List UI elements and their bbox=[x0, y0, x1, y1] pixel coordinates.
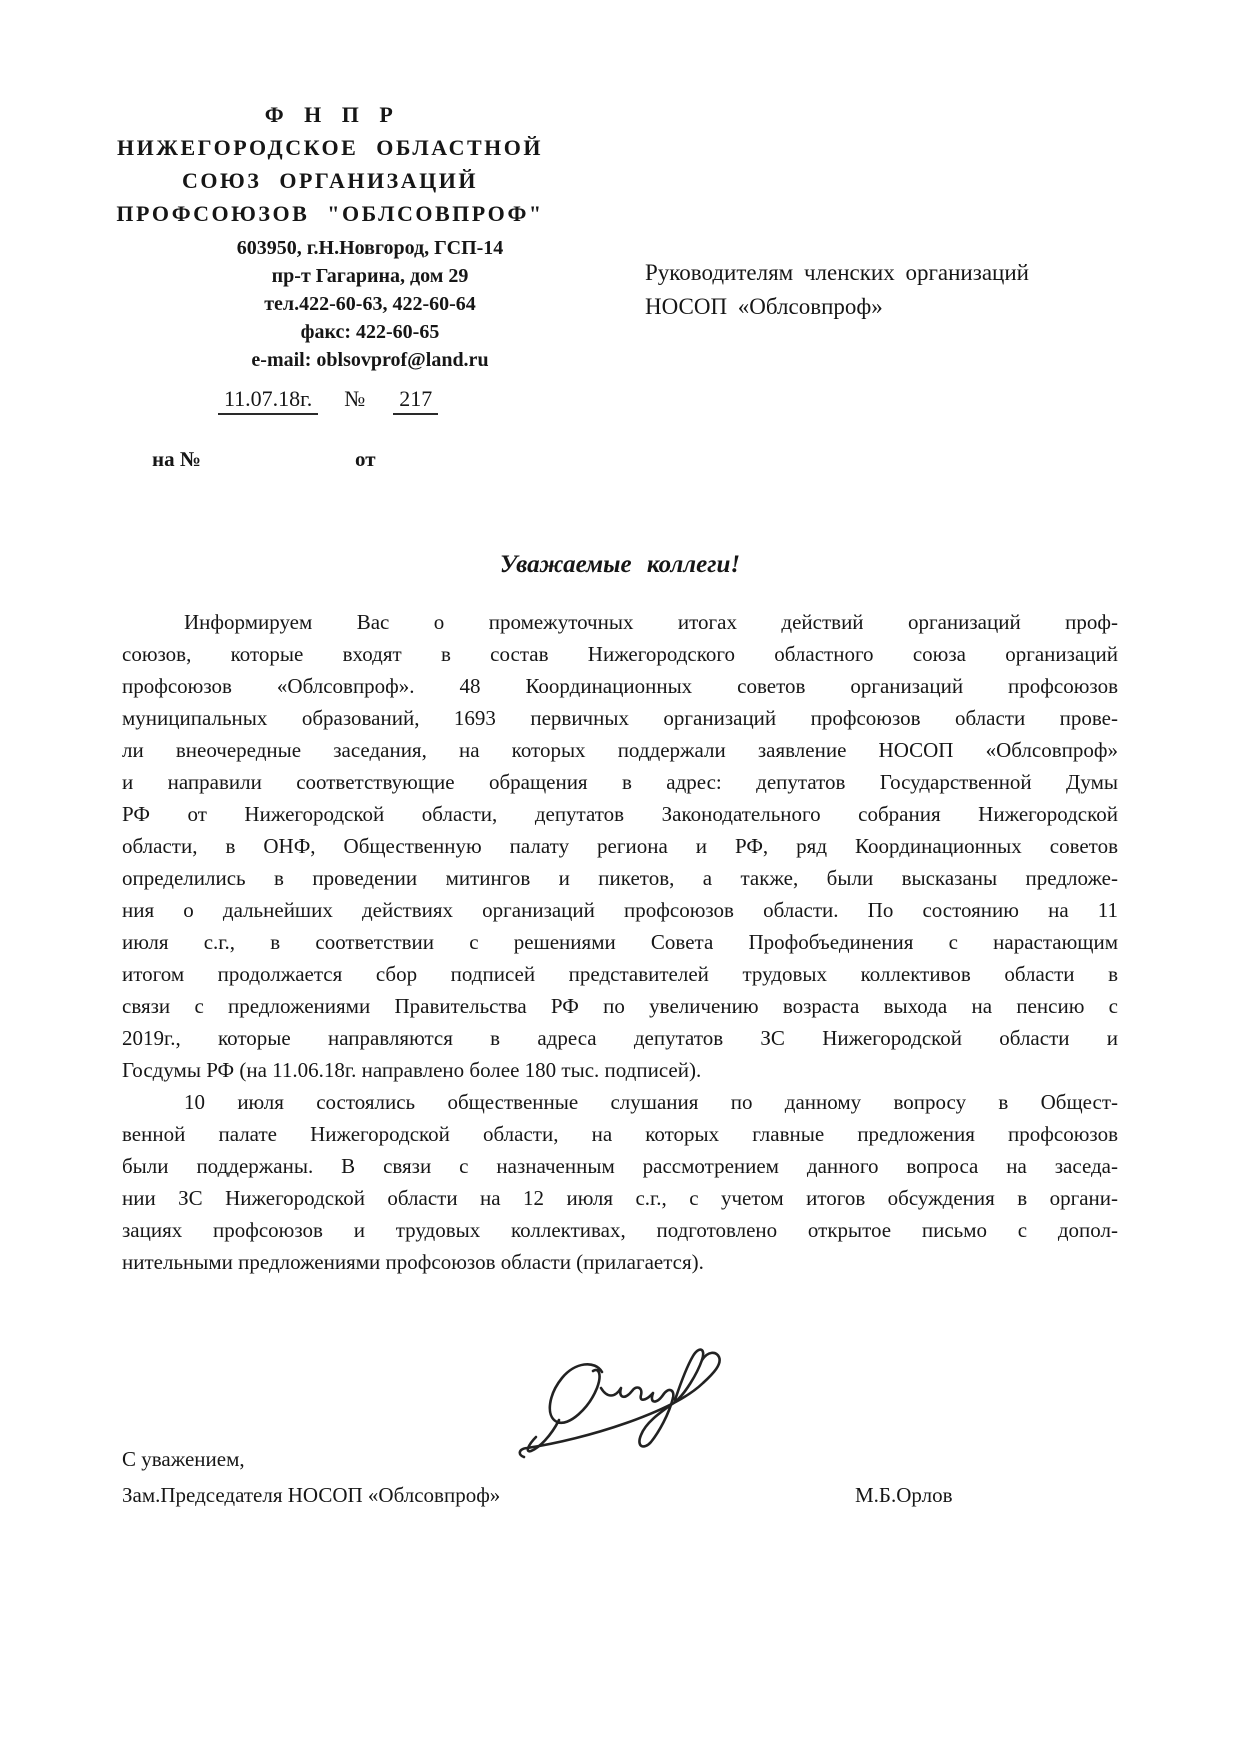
body-line: РФ от Нижегородской области, депутатов З… bbox=[122, 798, 1118, 830]
signer-name: М.Б.Орлов bbox=[855, 1480, 953, 1510]
contact-line: факс: 422-60-65 bbox=[150, 318, 590, 346]
body-line: июля с.г., в соответствии с решениями Со… bbox=[122, 926, 1118, 958]
letter-body: Информируем Вас о промежуточных итогах д… bbox=[122, 606, 1118, 1278]
reference-row: 11.07.18г.№217 bbox=[218, 386, 438, 412]
closing-block: С уважением, Зам.Председателя НОСОП «Обл… bbox=[122, 1444, 1118, 1510]
signer-position: Зам.Председателя НОСОП «Облсовпроф» bbox=[122, 1483, 500, 1507]
body-line: были поддержаны. В связи с назначенным р… bbox=[122, 1150, 1118, 1182]
body-paragraph-1: Информируем Вас о промежуточных итогах д… bbox=[122, 606, 1118, 1086]
body-line: области, в ОНФ, Общественную палату реги… bbox=[122, 830, 1118, 862]
number-sign-label: № bbox=[344, 386, 365, 411]
body-line: муниципальных образований, 1693 первичны… bbox=[122, 702, 1118, 734]
body-line: союзов, которые входят в состав Нижегоро… bbox=[122, 638, 1118, 670]
contact-line: e-mail: oblsovprof@land.ru bbox=[150, 346, 590, 374]
body-line: Госдумы РФ (на 11.06.18г. направлено бол… bbox=[122, 1054, 1118, 1086]
reply-number-label: на № bbox=[152, 447, 201, 471]
body-line: определились в проведении митингов и пик… bbox=[122, 862, 1118, 894]
letterhead-org-block: Ф Н П РНИЖЕГОРОДСКОЕ ОБЛАСТНОЙСОЮЗ ОРГАН… bbox=[95, 98, 565, 230]
reply-reference-row: на № от bbox=[152, 447, 552, 475]
letter-date: 11.07.18г. bbox=[218, 386, 318, 415]
recipient-block: Руководителям членских организацийНОСОП … bbox=[645, 256, 1125, 324]
body-line: профсоюзов «Облсовпроф». 48 Координацион… bbox=[122, 670, 1118, 702]
contact-line: 603950, г.Н.Новгород, ГСП-14 bbox=[150, 234, 590, 262]
letter-number: 217 bbox=[393, 386, 438, 415]
body-paragraph-2: 10 июля состоялись общественные слушания… bbox=[122, 1086, 1118, 1278]
letter-page: Ф Н П РНИЖЕГОРОДСКОЕ ОБЛАСТНОЙСОЮЗ ОРГАН… bbox=[0, 0, 1241, 1754]
body-line: нии ЗС Нижегородской области на 12 июля … bbox=[122, 1182, 1118, 1214]
contact-line: пр-т Гагарина, дом 29 bbox=[150, 262, 590, 290]
letterhead-contact-block: 603950, г.Н.Новгород, ГСП-14пр-т Гагарин… bbox=[150, 234, 590, 374]
closing-regards: С уважением, bbox=[122, 1444, 1118, 1474]
org-line: ПРОФСОЮЗОВ "ОБЛСОВПРОФ" bbox=[95, 197, 565, 230]
body-line: нительными предложениями профсоюзов обла… bbox=[122, 1246, 1118, 1278]
body-line: Информируем Вас о промежуточных итогах д… bbox=[122, 606, 1118, 638]
org-line: СОЮЗ ОРГАНИЗАЦИЙ bbox=[95, 164, 565, 197]
body-line: и направили соответствующие обращения в … bbox=[122, 766, 1118, 798]
body-line: итогом продолжается сбор подписей предст… bbox=[122, 958, 1118, 990]
recipient-line: НОСОП «Облсовпроф» bbox=[645, 290, 1125, 324]
body-line: 10 июля состоялись общественные слушания… bbox=[122, 1086, 1118, 1118]
org-line: НИЖЕГОРОДСКОЕ ОБЛАСТНОЙ bbox=[95, 131, 565, 164]
reply-from-label: от bbox=[355, 447, 376, 472]
contact-line: тел.422-60-63, 422-60-64 bbox=[150, 290, 590, 318]
salutation: Уважаемые коллеги! bbox=[122, 551, 1118, 579]
body-line: ли внеочередные заседания, на которых по… bbox=[122, 734, 1118, 766]
org-line: Ф Н П Р bbox=[95, 98, 565, 131]
body-line: венной палате Нижегородской области, на … bbox=[122, 1118, 1118, 1150]
body-line: связи с предложениями Правительства РФ п… bbox=[122, 990, 1118, 1022]
body-line: ния о дальнейших действиях организаций п… bbox=[122, 894, 1118, 926]
closing-signature-line: Зам.Председателя НОСОП «Облсовпроф» М.Б.… bbox=[122, 1480, 1118, 1510]
body-line: 2019г., которые направляются в адреса де… bbox=[122, 1022, 1118, 1054]
body-line: зациях профсоюзов и трудовых коллективах… bbox=[122, 1214, 1118, 1246]
recipient-line: Руководителям членских организаций bbox=[645, 256, 1125, 290]
